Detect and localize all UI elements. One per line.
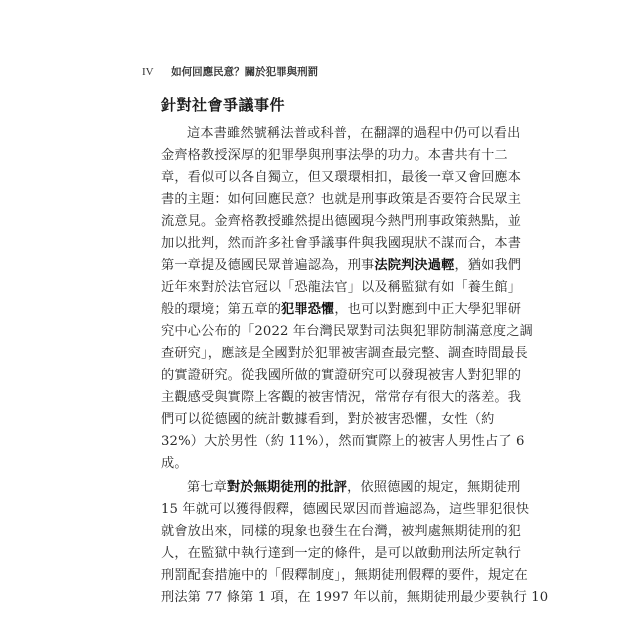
text-run: ，猶如我們 <box>454 258 521 273</box>
emphasis-fear-of-crime: 犯罪恐懼 <box>281 302 334 317</box>
emphasis-life-imprisonment-critique: 對於無期徒刑的批評 <box>227 480 347 495</box>
text-line: 人，在監獄中執行達到一定的條件，是可以啟動刑法所定執行 <box>161 543 479 564</box>
section-title: 針對社會爭議事件 <box>161 94 285 115</box>
text-run: 第七章 <box>187 480 227 495</box>
text-line: 般的環境；第五章的犯罪恐懼，也可以對應到中正大學犯罪研 <box>161 299 479 320</box>
text-line: 究中心公布的「2022 年台灣民眾對司法與犯罪防制滿意度之調 <box>161 321 479 342</box>
text-line: 近年來對於法官冠以「恐龍法官」以及稱監獄有如「養生館」 <box>161 277 479 298</box>
running-head-title: 如何回應民意？關於犯罪與刑罰 <box>171 66 318 78</box>
text-line: 的實證研究。從我國所做的實證研究可以發現被害人對犯罪的 <box>161 365 479 386</box>
text-line: 就會放出來，同樣的現象也發生在台灣，被判處無期徒刑的犯 <box>161 521 479 542</box>
text-line: 第七章對於無期徒刑的批評，依照德國的規定，無期徒刑 <box>187 477 479 498</box>
text-line: 金齊格教授深厚的犯罪學與刑事法學的功力。本書共有十二 <box>161 145 479 166</box>
text-run: 第一章提及德國民眾普遍認為，刑事 <box>161 258 374 273</box>
text-line: 這本書雖然號稱法普或科普，在翻譯的過程中仍可以看出 <box>187 123 479 144</box>
text-line: 刑法第 77 條第 1 項，在 1997 年以前，無期徒刑最少要執行 10 <box>161 587 479 608</box>
text-line: 15 年就可以獲得假釋，德國民眾因而普遍認為，這些罪犯很快 <box>161 499 479 520</box>
text-line: 第一章提及德國民眾普遍認為，刑事法院判決過輕，猶如我們 <box>161 255 479 276</box>
text-line: 查研究」，應該是全國對於犯罪被害調查最完整、調查時間最長 <box>161 343 479 364</box>
text-line: 刑罰配套措施中的「假釋制度」，無期徒刑假釋的要件，規定在 <box>161 565 479 586</box>
text-run: ，依照德國的規定，無期徒刑 <box>347 480 520 495</box>
text-run: ，也可以對應到中正大學犯罪研 <box>334 302 521 317</box>
running-head: IV 如何回應民意？關於犯罪與刑罰 <box>142 64 318 79</box>
text-line: 章，看似可以各自獨立，但又環環相扣，最後一章又會回應本 <box>161 167 479 188</box>
text-line: 流意見。金齊格教授雖然提出德國現今熱門刑事政策熱點，並 <box>161 211 479 232</box>
text-line: 書的主題：如何回應民意？也就是刑事政策是否要符合民眾主 <box>161 189 479 210</box>
text-line: 加以批判，然而許多社會爭議事件與我國現狀不謀而合，本書 <box>161 233 479 254</box>
text-line: 32%）大於男性（約 11%），然而實際上的被害人男性占了 6 <box>161 431 479 452</box>
page-number: IV <box>142 66 154 78</box>
text-run: 般的環境；第五章的 <box>161 302 281 317</box>
text-line: 主觀感受與實際上客觀的被害情況，常常存有很大的落差。我 <box>161 387 479 408</box>
text-line: 們可以從德國的統計數據看到，對於被害恐懼，女性（約 <box>161 409 479 430</box>
text-line: 成。 <box>161 453 479 474</box>
emphasis-court-sentences-too-light: 法院判決過輕 <box>374 258 454 273</box>
